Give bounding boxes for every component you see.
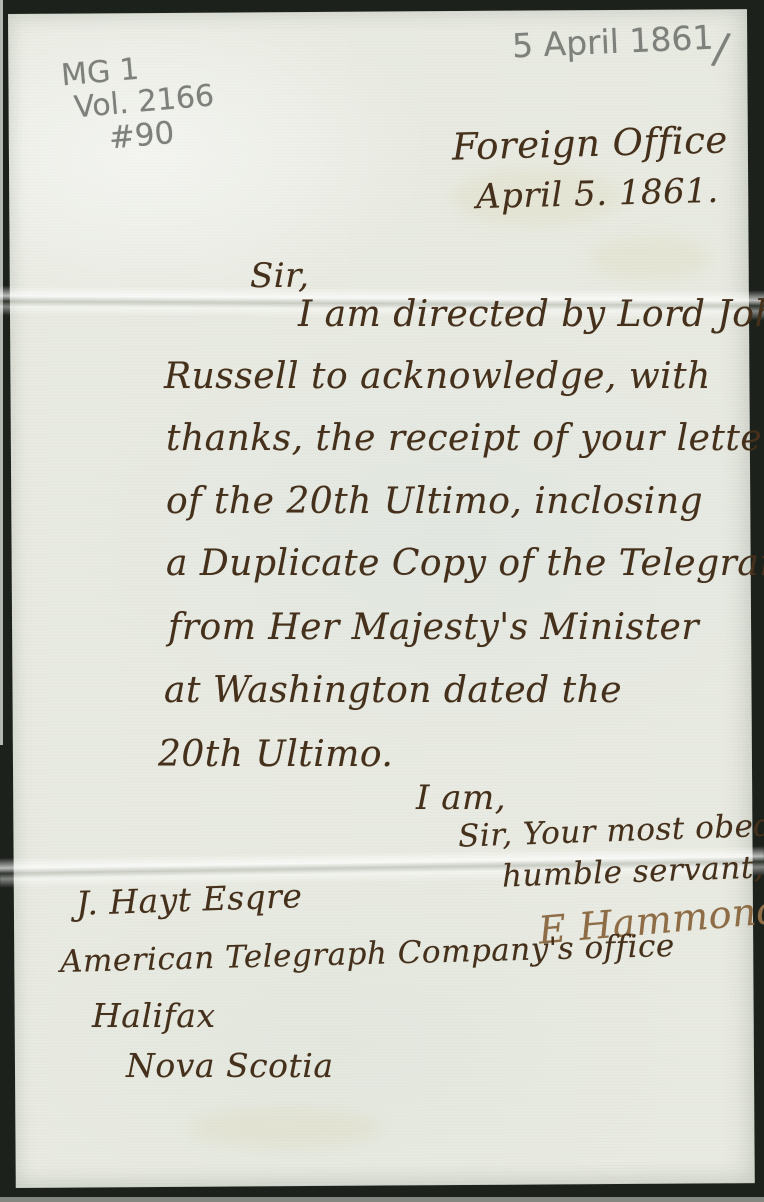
body-line: of the 20th Ultimo, inclosing xyxy=(166,481,703,522)
archive-reference-block: MG 1 Vol. 2166 #90 xyxy=(54,45,219,160)
body-line: I am directed by Lord John xyxy=(298,294,764,335)
body-line: a Duplicate Copy of the Telegram xyxy=(166,543,764,584)
letterhead-office: Foreign Office xyxy=(451,118,728,168)
recipient-name: J. Hayt Esqre xyxy=(75,876,303,923)
closing-i-am: I am, xyxy=(416,778,506,818)
body-line: at Washington dated the xyxy=(164,670,622,711)
photo-background: 5 April 1861 / MG 1 Vol. 2166 #90 Foreig… xyxy=(0,0,764,1202)
pencil-date-annotation: 5 April 1861 xyxy=(511,18,714,66)
recipient-organization: American Telegraph Company's office xyxy=(60,928,676,980)
body-line: thanks, the receipt of your letter xyxy=(166,418,764,459)
closing-line: humble servant, xyxy=(501,849,764,894)
body-line: Russell to acknowledge, with xyxy=(164,356,711,397)
body-line: from Her Majesty's Minister xyxy=(168,607,699,648)
pencil-stroke-mark: / xyxy=(710,23,732,74)
letter-content: 5 April 1861 / MG 1 Vol. 2166 #90 Foreig… xyxy=(0,0,764,1202)
salutation: Sir, xyxy=(250,256,310,296)
body-line: 20th Ultimo. xyxy=(158,734,393,775)
letterhead-date: April 5. 1861. xyxy=(476,171,720,217)
recipient-region: Nova Scotia xyxy=(126,1046,334,1085)
recipient-city: Halifax xyxy=(92,996,216,1035)
paper-stain xyxy=(190,1108,380,1148)
paper-stain xyxy=(590,236,710,280)
